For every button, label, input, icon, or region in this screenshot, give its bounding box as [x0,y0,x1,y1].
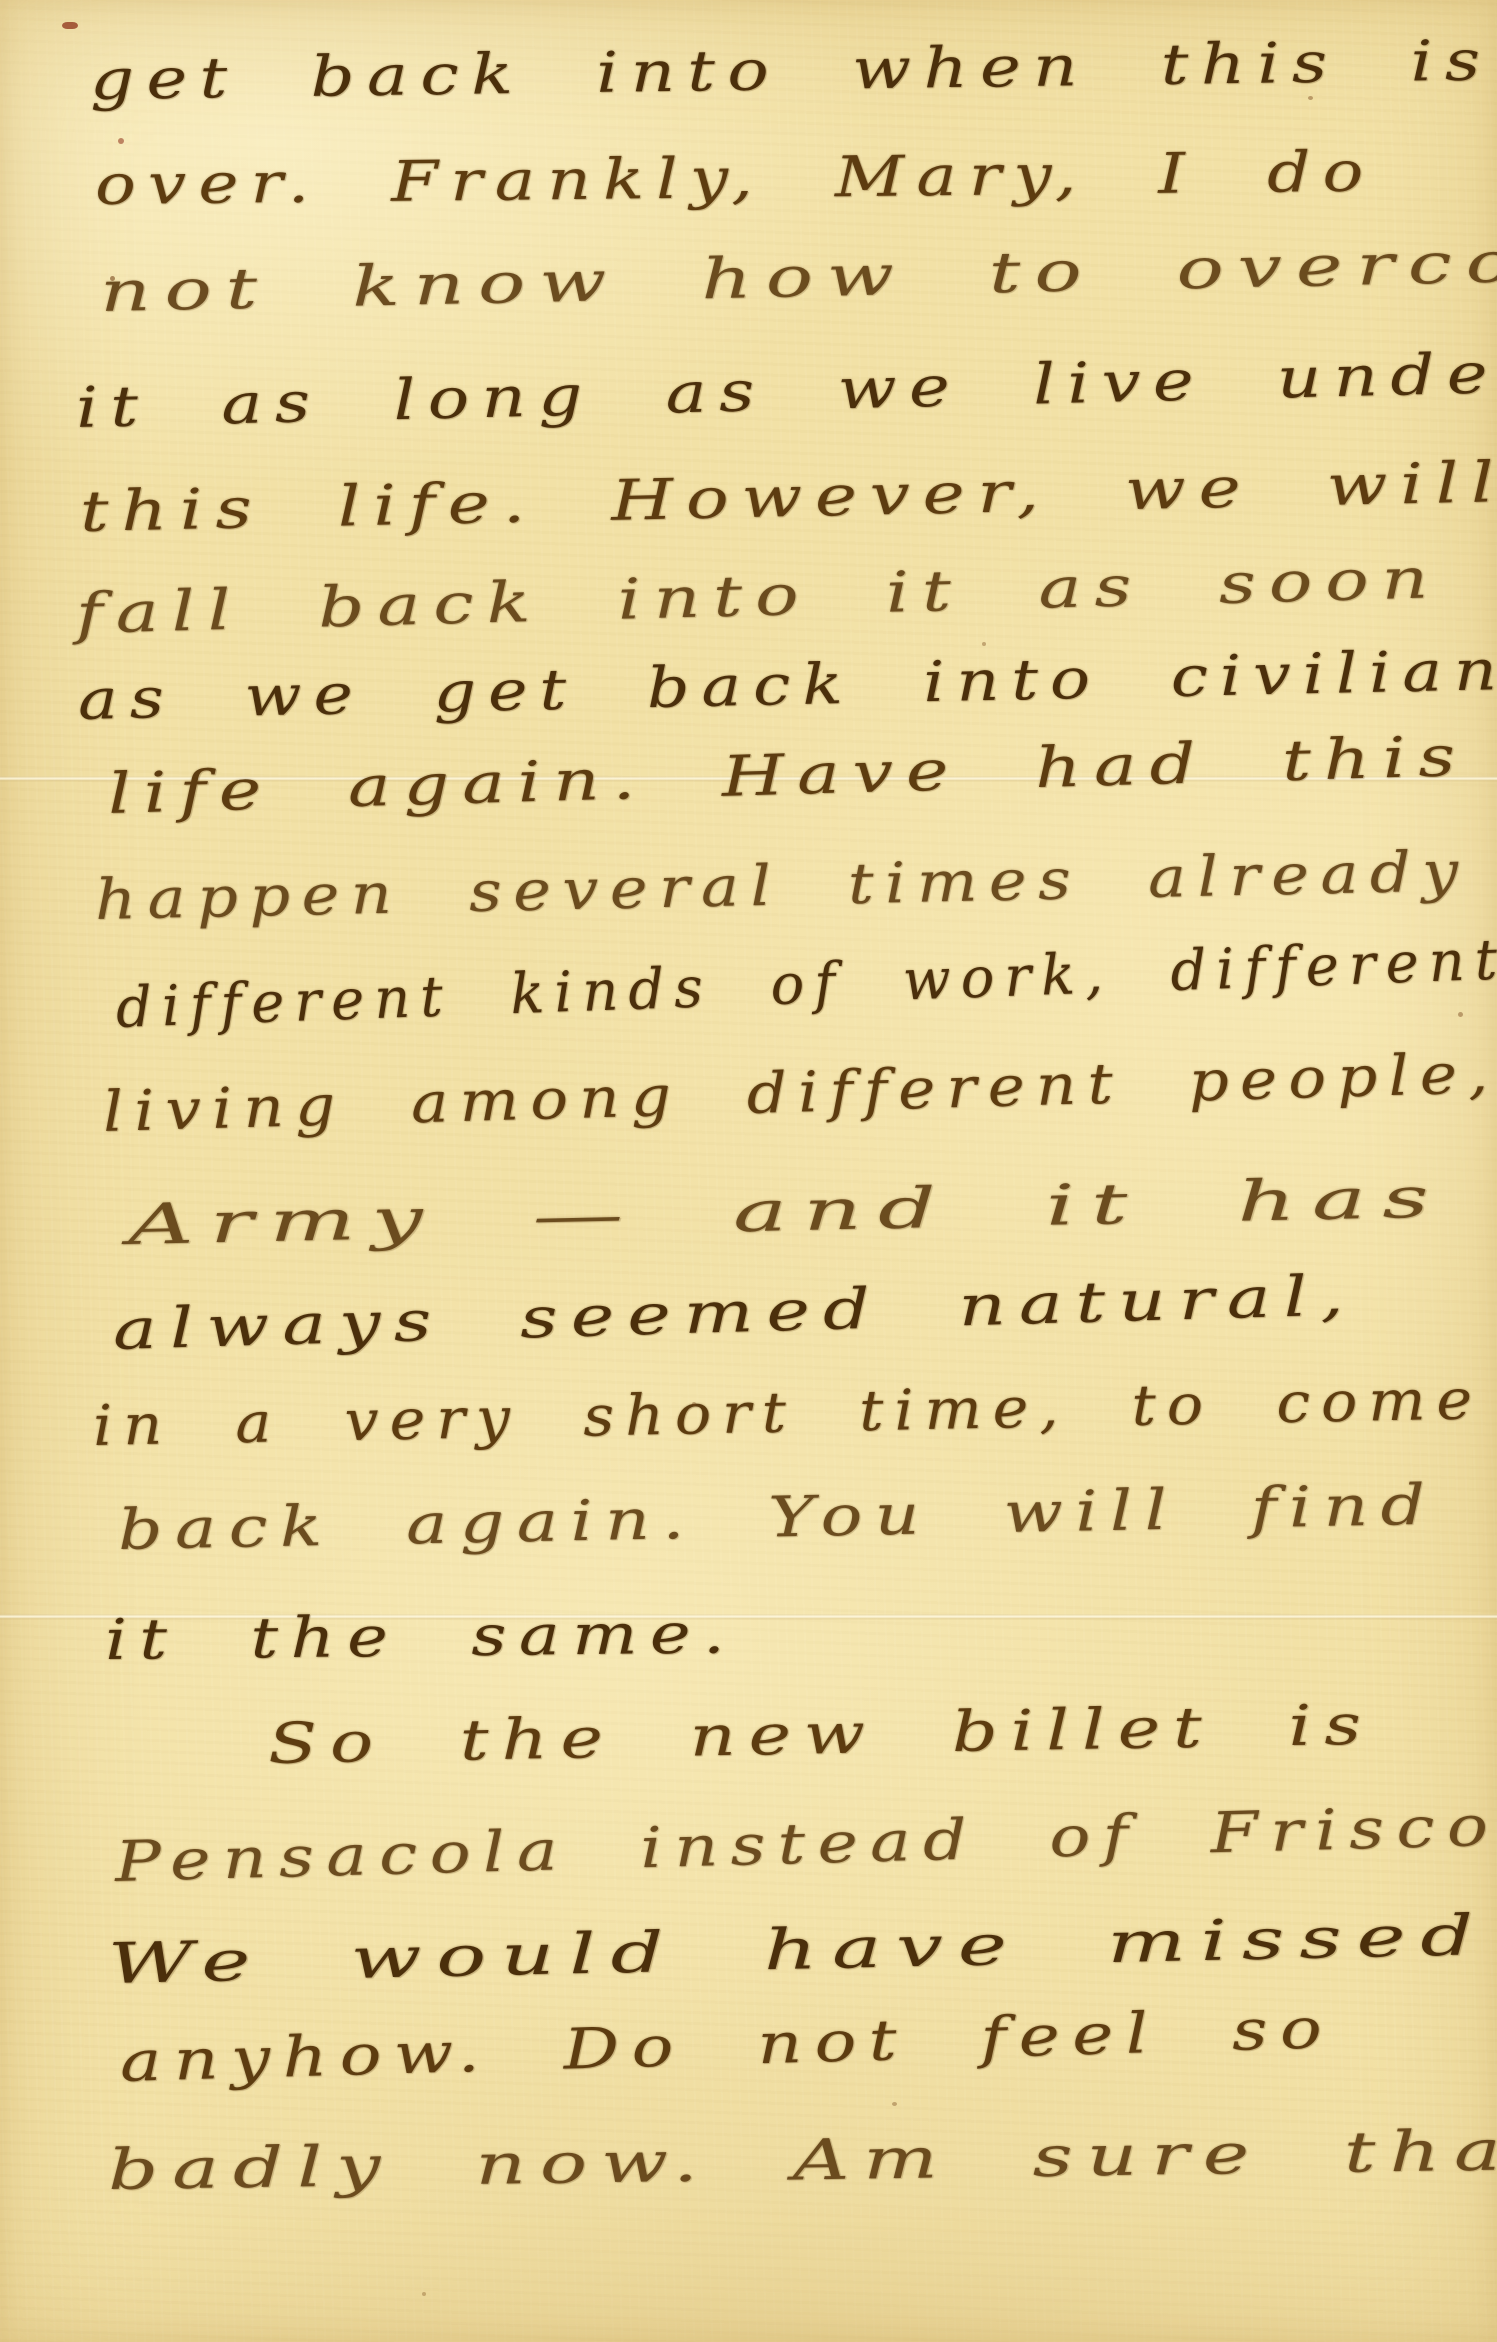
letter-line: living among different people, [102,1043,1497,1144]
letter-line: this life. However, we will [79,452,1497,543]
letter-line: Army — and it has [127,1167,1445,1256]
letter-line: So the new billet is [267,1695,1374,1776]
letter-line: over. Frankly, Mary, I do [95,142,1376,217]
letter-line: We would have missed [107,1905,1488,1995]
letter-line: Pensacola instead of Frisco. [114,1795,1497,1894]
letter-line: anyhow. Do not feel so [119,1998,1335,2093]
letter-line: always seemed natural, [112,1265,1357,1361]
letter-line: back again. You will find [117,1475,1438,1562]
letter-line: get back into when this is [90,30,1493,111]
letter-page: get back into when this is over. Frankly… [0,0,1497,2342]
letter-line: in a very short time, to come [92,1369,1483,1457]
letter-line: not know how to overcome [99,229,1497,324]
letter-line: fall back into it as soon [75,548,1442,645]
letter-text: get back into when this is over. Frankly… [0,0,1497,2342]
letter-line: life again. Have had this [107,726,1469,826]
letter-line: happen several times already — [94,838,1497,931]
letter-line: as we get back into civilian [77,640,1497,732]
letter-line: different kinds of work, different [115,929,1497,1039]
letter-line: badly now. Am sure that [108,2120,1497,2202]
letter-line: it the same. [105,1603,738,1671]
letter-line: it as long as we live under [75,342,1497,439]
